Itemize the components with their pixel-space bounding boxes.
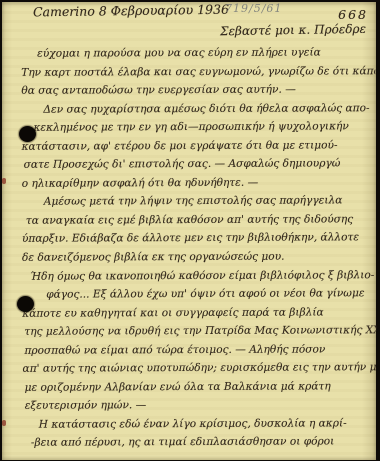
manuscript-body: εύχομαι η παρούσα μου να σας εύρη εν πλή… <box>7 43 377 453</box>
manuscript-line: κάποτε ευ καθηγηταί και οι συγγραφείς πα… <box>8 303 376 323</box>
archive-number: 719/5/61 <box>225 2 282 15</box>
salutation-line: Σεβαστέ μοι κ. Πρόεδρε <box>220 22 366 39</box>
manuscript-line: Αμέσως μετά την λήψιν της επιστολής σας … <box>8 192 376 212</box>
manuscript-line: φάγος... Εξ άλλου έχω υπ' όψιν ότι αφού … <box>8 284 376 304</box>
manuscript-line: Η κατάστασις εδώ έναν λίγο κρίσιμος, δυσ… <box>9 414 377 434</box>
manuscript-line: ύπαρξιν. Εδιάβαζα δε άλλοτε μεν εις την … <box>8 229 376 249</box>
manuscript-line: δε δανειζόμενος βιβλία εκ της οργανώσεώς… <box>8 247 376 267</box>
edge-mark <box>2 420 6 426</box>
manuscript-line: προσπαθώ να είμαι από τώρα έτοιμος. — Αλ… <box>8 340 376 360</box>
page-number: 668 <box>338 7 368 22</box>
manuscript-line: κατάστασιν, αφ' ετέρου δε μοι εγράψατε ό… <box>8 136 376 156</box>
manuscript-line: θα σας ανταποδώσω την ευεργεσίαν σας αυτ… <box>7 80 375 100</box>
manuscript-line: -βεια από πέρυσι, ης αι τιμαί εδιπλασιάσ… <box>9 433 377 453</box>
manuscript-line: ο ηλικαρίθμην ασφαλή ότι θα ηδυνήθητε. — <box>8 173 376 193</box>
manuscript-line: Δεν σας ηυχαρίστησα αμέσως διότι θα ήθελ… <box>7 99 375 119</box>
manuscript-line: εξευτερισμόν ημών. — <box>9 396 377 416</box>
hole-punch-mark <box>17 296 34 312</box>
place-date-line: Camerino 8 Φεβρουαρίου 1936 <box>33 2 229 20</box>
manuscript-line: Ήδη όμως θα ικανοποιηθώ καθόσον είμαι βι… <box>8 266 376 286</box>
manuscript-line: της μελλούσης να ιδρυθή εις την Πατρίδα … <box>8 321 376 341</box>
manuscript-line: κεκλημένος με την εν γη αδι—προσωπικήν ή… <box>7 117 375 137</box>
manuscript-line: Την καρτ ποστάλ έλαβα και σας ευγνωμονώ,… <box>7 62 375 82</box>
manuscript-line: τα αναγκαία εις εμέ βιβλία καθόσον απ' α… <box>8 210 376 230</box>
manuscript-line: εύχομαι η παρούσα μου να σας εύρη εν πλή… <box>7 43 375 63</box>
manuscript-line: απ' αυτής της αιώνιας υποτυπώδην; ευρισκ… <box>8 358 376 378</box>
manuscript-line: με οριζομένην Αλβανίαν ενώ όλα τα Βαλκάν… <box>9 377 377 397</box>
edge-mark <box>2 178 6 184</box>
manuscript-line: σατε Προσεχώς δι' επιστολής σας. — Ασφαλ… <box>8 154 376 174</box>
scanned-letter-page: Camerino 8 Φεβρουαρίου 1936 719/5/61 668… <box>0 0 380 461</box>
hole-punch-mark <box>19 126 36 142</box>
